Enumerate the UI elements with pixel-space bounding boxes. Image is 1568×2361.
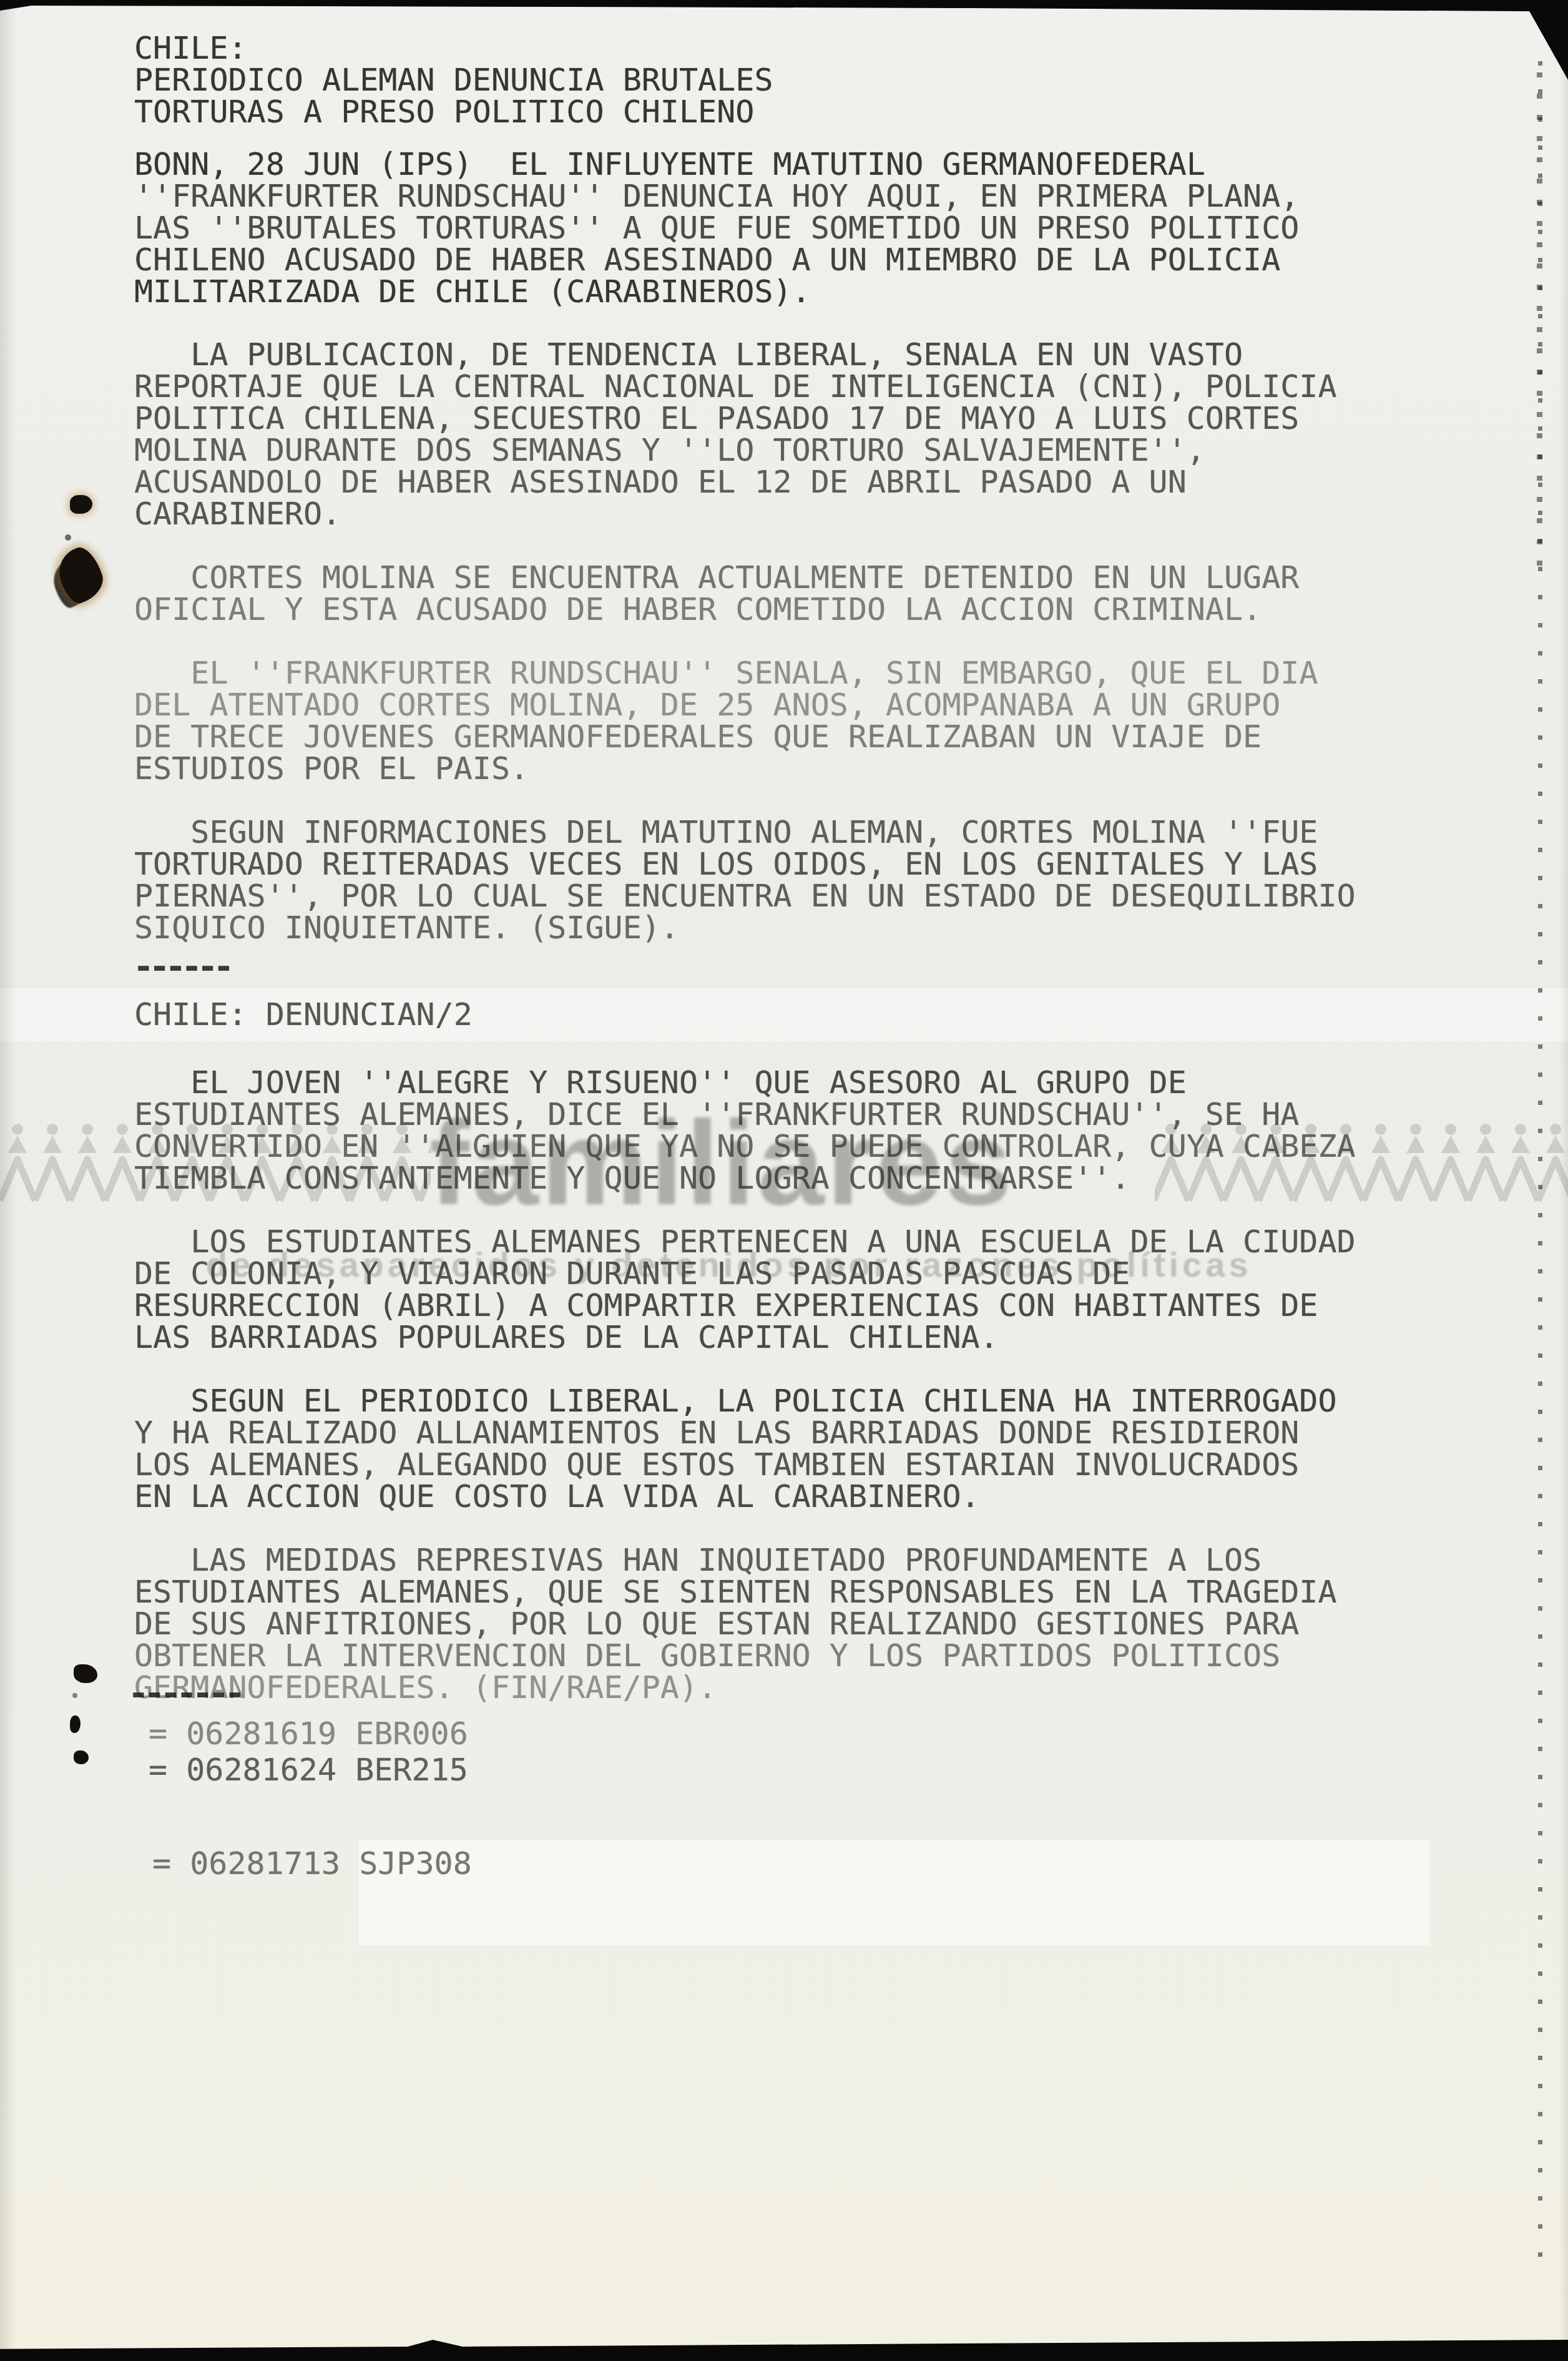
ink-blot [52, 543, 108, 607]
slug-header: CHILE: DENUNCIAN/2 [134, 999, 473, 1031]
text-line: MOLINA DURANTE DOS SEMANAS Y ''LO TORTUR… [134, 434, 1337, 466]
typed-divider: ------ [133, 946, 229, 987]
text-line: ESTUDIOS POR EL PAIS. [134, 753, 1318, 785]
transmission-code: = 06281713 SJP308 [152, 1848, 472, 1880]
paragraph: LOS ESTUDIANTES ALEMANES PERTENECEN A UN… [134, 1226, 1356, 1353]
perforation-marks [1537, 56, 1542, 568]
text-line: = 06281619 EBR006 [149, 1716, 468, 1752]
ink-blot [74, 1750, 89, 1764]
ink-blot [70, 1716, 81, 1733]
text-line: LOS ESTUDIANTES ALEMANES PERTENECEN A UN… [134, 1226, 1356, 1258]
text-line: REPORTAJE QUE LA CENTRAL NACIONAL DE INT… [134, 371, 1337, 403]
text-line: CHILE: [134, 32, 773, 64]
ink-speck [65, 534, 71, 541]
text-line: CHILE: DENUNCIAN/2 [134, 999, 473, 1031]
text-line: MILITARIZADA DE CHILE (CARABINEROS). [134, 276, 1299, 308]
paper-edge-shadow [0, 0, 16, 2361]
headline-block: CHILE: PERIODICO ALEMAN DENUNCIA BRUTALE… [134, 32, 773, 128]
text-line: PERIODICO ALEMAN DENUNCIA BRUTALES [134, 64, 773, 96]
text-line: CONVERTIDO EN ''ALGUIEN QUE YA NO SE PUE… [134, 1131, 1356, 1162]
typed-divider: ------- [128, 1673, 240, 1714]
paragraph: EL JOVEN ''ALEGRE Y RISUENO'' QUE ASESOR… [134, 1067, 1356, 1194]
text-line: LA PUBLICACION, DE TENDENCIA LIBERAL, SE… [134, 339, 1337, 371]
text-line: ACUSANDOLO DE HABER ASESINADO EL 12 DE A… [134, 466, 1337, 498]
text-line: POLITICA CHILENA, SECUESTRO EL PASADO 17… [134, 403, 1337, 434]
text-line: DE SUS ANFITRIONES, POR LO QUE ESTAN REA… [134, 1608, 1337, 1640]
text-line: RESURRECCION (ABRIL) A COMPARTIR EXPERIE… [134, 1290, 1356, 1322]
text-line: TORTURADO REITERADAS VECES EN LOS OIDOS,… [134, 848, 1356, 880]
transmission-codes: = 06281619 EBR006 = 06281624 BER215 [149, 1716, 468, 1788]
text-line: CORTES MOLINA SE ENCUENTRA ACTUALMENTE D… [134, 562, 1299, 594]
paragraph: SEGUN EL PERIODICO LIBERAL, LA POLICIA C… [134, 1385, 1337, 1513]
text-line: OFICIAL Y ESTA ACUSADO DE HABER COMETIDO… [134, 594, 1299, 626]
text-line: TIEMBLA CONSTANTEMENTE Y QUE NO LOGRA CO… [134, 1162, 1356, 1194]
text-line: ESTUDIANTES ALEMANES, QUE SE SIENTEN RES… [134, 1576, 1337, 1608]
text-line: GERMANOFEDERALES. (FIN/RAE/PA). [134, 1672, 1337, 1704]
text-line: LAS BARRIADAS POPULARES DE LA CAPITAL CH… [134, 1322, 1356, 1353]
text-line: SEGUN EL PERIODICO LIBERAL, LA POLICIA C… [134, 1385, 1337, 1417]
paragraph: SEGUN INFORMACIONES DEL MATUTINO ALEMAN,… [134, 817, 1356, 944]
paragraph: LA PUBLICACION, DE TENDENCIA LIBERAL, SE… [134, 339, 1337, 530]
paragraph: LAS MEDIDAS REPRESIVAS HAN INQUIETADO PR… [134, 1544, 1337, 1704]
text-line: CHILENO ACUSADO DE HABER ASESINADO A UN … [134, 244, 1299, 276]
paragraph: EL ''FRANKFURTER RUNDSCHAU'' SENALA, SIN… [134, 657, 1318, 785]
ink-speck [72, 1693, 77, 1698]
text-line: = 06281713 SJP308 [152, 1848, 472, 1880]
text-line: SIQUICO INQUIETANTE. (SIGUE). [134, 912, 1356, 944]
scan-edge-bottom [0, 2332, 1568, 2361]
scan-light-patch [359, 1840, 1429, 1945]
text-line: LAS MEDIDAS REPRESIVAS HAN INQUIETADO PR… [134, 1544, 1337, 1576]
text-line: EN LA ACCION QUE COSTO LA VIDA AL CARABI… [134, 1481, 1337, 1513]
text-line: DEL ATENTADO CORTES MOLINA, DE 25 ANOS, … [134, 689, 1318, 721]
ink-blot [74, 1664, 97, 1683]
text-line: Y HA REALIZADO ALLANAMIENTOS EN LAS BARR… [134, 1417, 1337, 1449]
text-line: SEGUN INFORMACIONES DEL MATUTINO ALEMAN,… [134, 817, 1356, 848]
text-line: PIERNAS'', POR LO CUAL SE ENCUENTRA EN U… [134, 880, 1356, 912]
paper-edge-shadow [1559, 0, 1568, 2361]
text-line: EL JOVEN ''ALEGRE Y RISUENO'' QUE ASESOR… [134, 1067, 1356, 1099]
text-line: = 06281624 BER215 [149, 1752, 468, 1788]
ink-blot [70, 495, 92, 514]
text-line: OBTENER LA INTERVENCION DEL GOBIERNO Y L… [134, 1640, 1337, 1672]
text-line: BONN, 28 JUN (IPS) EL INFLUYENTE MATUTIN… [134, 149, 1299, 180]
text-line: CARABINERO. [134, 498, 1337, 530]
document-page: familiares de desaparecidos y detenidos … [0, 0, 1568, 2361]
paragraph: BONN, 28 JUN (IPS) EL INFLUYENTE MATUTIN… [134, 149, 1299, 308]
paragraph: CORTES MOLINA SE ENCUENTRA ACTUALMENTE D… [134, 562, 1299, 626]
text-line: DE TRECE JOVENES GERMANOFEDERALES QUE RE… [134, 721, 1318, 753]
text-line: LAS ''BRUTALES TORTURAS'' A QUE FUE SOME… [134, 212, 1299, 244]
scan-edge-top [0, 0, 1568, 12]
text-line: DE COLONIA, Y VIAJARON DURANTE LAS PASAD… [134, 1258, 1356, 1290]
text-line: EL ''FRANKFURTER RUNDSCHAU'' SENALA, SIN… [134, 657, 1318, 689]
text-line: ''FRANKFURTER RUNDSCHAU'' DENUNCIA HOY A… [134, 180, 1299, 212]
text-line: ESTUDIANTES ALEMANES, DICE EL ''FRANKFUR… [134, 1099, 1356, 1131]
text-line: LOS ALEMANES, ALEGANDO QUE ESTOS TAMBIEN… [134, 1449, 1337, 1481]
text-line: TORTURAS A PRESO POLITICO CHILENO [134, 96, 773, 128]
